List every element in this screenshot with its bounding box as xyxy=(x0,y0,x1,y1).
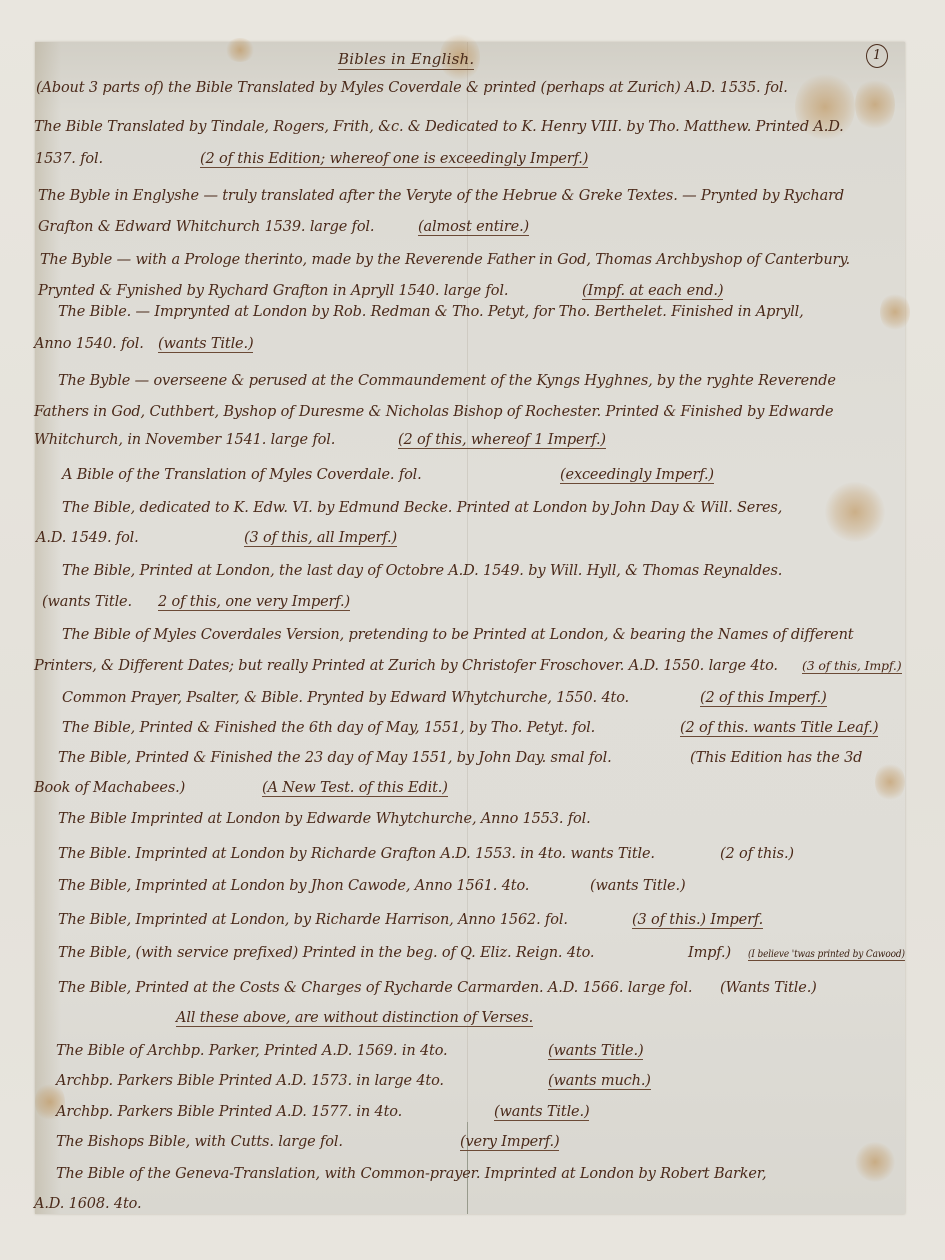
entry-note: (Wants Title.) xyxy=(720,980,817,996)
entry-line: The Bible Imprinted at London by Edwarde… xyxy=(58,811,591,827)
entry-line: The Byble in Englyshe — truly translated… xyxy=(38,188,844,204)
entry-line: A Bible of the Translation of Myles Cove… xyxy=(62,467,422,483)
entry-line: 1537. fol. xyxy=(35,151,103,167)
entry-line: The Bible, Printed at London, the last d… xyxy=(62,563,782,579)
entry-note: (2 of this. wants Title Leaf.) xyxy=(680,720,878,736)
section-note: All these above, are without distinction… xyxy=(176,1010,533,1026)
entry-note: (very Imperf.) xyxy=(460,1134,559,1150)
entry-line: Printers, & Different Dates; but really … xyxy=(34,658,778,674)
entry-line: Grafton & Edward Whitchurch 1539. large … xyxy=(38,219,374,235)
entry-note: (A New Test. of this Edit.) xyxy=(262,780,448,796)
foxing-stain xyxy=(855,1142,895,1182)
foxing-stain xyxy=(225,38,255,62)
entry-line: Archbp. Parkers Bible Printed A.D. 1573.… xyxy=(56,1073,444,1089)
entry-note: (wants Title.) xyxy=(494,1104,589,1120)
entry-note: (3 of this.) Imperf. xyxy=(632,912,763,928)
entry-note: 2 of this, one very Imperf.) xyxy=(158,594,350,610)
entry-line: Archbp. Parkers Bible Printed A.D. 1577.… xyxy=(56,1104,402,1120)
entry-line: Fathers in God, Cuthbert, Byshop of Dure… xyxy=(34,404,833,420)
entry-note: (2 of this Edition; whereof one is excee… xyxy=(200,151,588,167)
entry-line: The Bible. Imprinted at London by Richar… xyxy=(58,846,655,862)
entry-note: (3 of this, Impf.) xyxy=(802,658,902,673)
entry-line: The Bible, Printed & Finished the 23 day… xyxy=(58,750,612,766)
entry-note: (3 of this, all Imperf.) xyxy=(244,530,397,546)
entry-line: The Bishops Bible, with Cutts. large fol… xyxy=(56,1134,343,1150)
entry-line: The Byble — overseene & perused at the C… xyxy=(58,373,836,389)
entry-note: (wants Title.) xyxy=(158,336,253,352)
entry-line: The Bible, Imprinted at London, by Richa… xyxy=(58,912,568,928)
entry-note: (wants Title.) xyxy=(590,878,685,894)
entry-line: The Bible of Archbp. Parker, Printed A.D… xyxy=(56,1043,448,1059)
entry-line: The Byble — with a Prologe therinto, mad… xyxy=(40,252,850,268)
foxing-stain xyxy=(855,77,895,132)
entry-note: (2 of this Imperf.) xyxy=(700,690,827,706)
entry-line: Common Prayer, Psalter, & Bible. Prynted… xyxy=(62,690,629,706)
page-number: 1 xyxy=(866,44,888,68)
entry-note: (Impf. at each end.) xyxy=(582,283,723,299)
entry-line: (About 3 parts of) the Bible Translated … xyxy=(36,80,788,96)
entry-line: The Bible, dedicated to K. Edw. VI. by E… xyxy=(62,500,782,516)
entry-line: The Bible of Myles Coverdales Version, p… xyxy=(62,627,853,643)
foxing-stain xyxy=(880,292,910,332)
entry-note: (wants much.) xyxy=(548,1073,651,1089)
entry-line: The Bible, (with service prefixed) Print… xyxy=(58,945,594,961)
entry-line: The Bible, Printed & Finished the 6th da… xyxy=(62,720,595,736)
entry-note: (exceedingly Imperf.) xyxy=(560,467,714,483)
entry-line: A.D. 1608. 4to. xyxy=(34,1196,141,1212)
entry-note: (2 of this, whereof 1 Imperf.) xyxy=(398,432,606,448)
entry-note: (wants Title.) xyxy=(548,1043,643,1059)
entry-line: The Bible, Printed at the Costs & Charge… xyxy=(58,980,692,996)
entry-line: A.D. 1549. fol. xyxy=(36,530,139,546)
entry-note: (This Edition has the 3d xyxy=(690,750,862,766)
entry-note-marginal: (I believe 'twas printed by Cawood) xyxy=(748,948,905,960)
entry-note: Impf.) xyxy=(688,945,731,961)
entry-line: The Bible Translated by Tindale, Rogers,… xyxy=(34,119,844,135)
entry-line: Book of Machabees.) xyxy=(34,780,185,796)
foxing-stain xyxy=(875,762,905,802)
page-title: Bibles in English. xyxy=(338,50,474,70)
entry-line: The Bible of the Geneva-Translation, wit… xyxy=(56,1166,766,1182)
entry-note: (2 of this.) xyxy=(720,846,794,862)
entry-line: Prynted & Fynished by Rychard Grafton in… xyxy=(38,283,508,299)
entry-line: The Bible, Imprinted at London by Jhon C… xyxy=(58,878,529,894)
entry-line: (wants Title. xyxy=(42,594,132,610)
entry-line: Anno 1540. fol. xyxy=(34,336,144,352)
entry-line: The Bible. — Imprynted at London by Rob.… xyxy=(58,304,804,320)
entry-line: Whitchurch, in November 1541. large fol. xyxy=(34,432,335,448)
foxing-stain xyxy=(825,482,885,542)
entry-note: (almost entire.) xyxy=(418,219,529,235)
